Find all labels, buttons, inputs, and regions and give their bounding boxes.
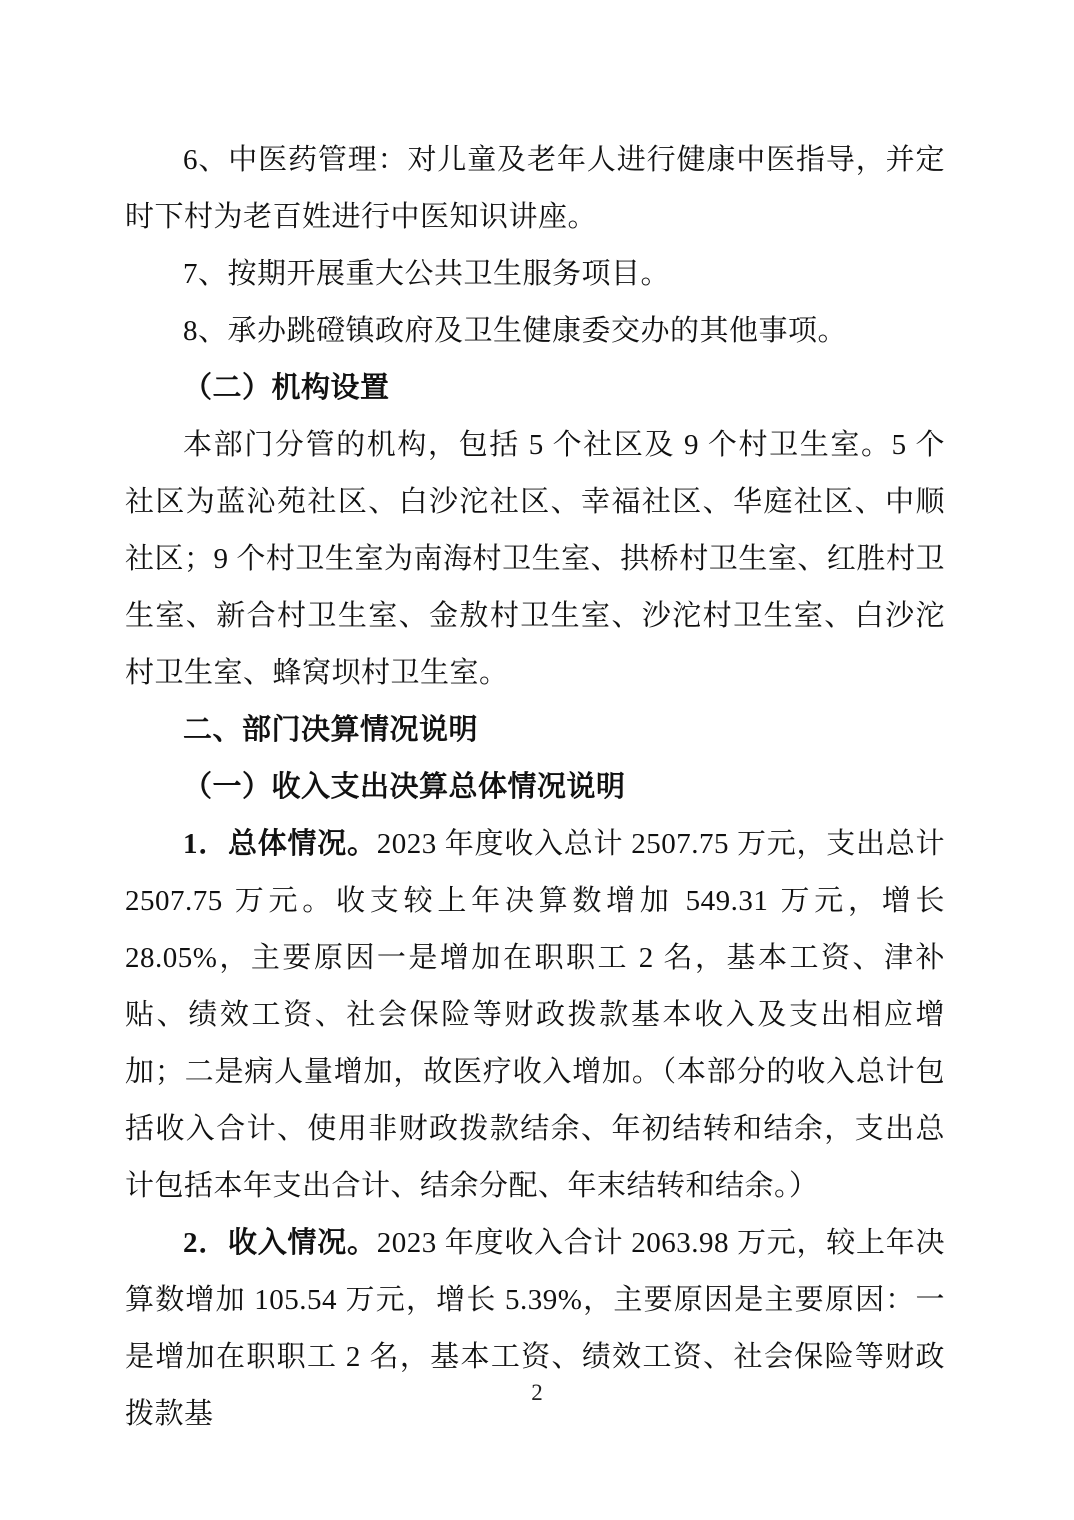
- paragraph-text: 二、部门决算情况说明: [183, 714, 478, 746]
- page-footer: 2: [0, 1378, 1074, 1408]
- paragraph-text: 7、按期开展重大公共卫生服务项目。: [183, 258, 670, 290]
- heading-part-2: 二、部门决算情况说明: [125, 702, 945, 759]
- paragraph-text: 8、承办跳磴镇政府及卫生健康委交办的其他事项。: [183, 315, 847, 347]
- paragraph-org-detail: 本部门分管的机构，包括 5 个社区及 9 个村卫生室。5 个社区为蓝沁苑社区、白…: [125, 417, 945, 702]
- paragraph-text: （二）机构设置: [183, 372, 390, 404]
- paragraph-text: 2023 年度收入总计 2507.75 万元，支出总计 2507.75 万元。收…: [125, 828, 945, 1202]
- document-page: 6、中医药管理：对儿童及老年人进行健康中医指导，并定时下村为老百姓进行中医知识讲…: [0, 0, 1074, 1520]
- paragraph-income: 2．收入情况。2023 年度收入合计 2063.98 万元，较上年决算数增加 1…: [125, 1215, 945, 1443]
- paragraph-text: （一）收入支出决算总体情况说明: [183, 771, 626, 803]
- paragraph-item-7: 7、按期开展重大公共卫生服务项目。: [125, 246, 945, 303]
- document-body: 6、中医药管理：对儿童及老年人进行健康中医指导，并定时下村为老百姓进行中医知识讲…: [125, 132, 945, 1443]
- paragraph-text: 本部门分管的机构，包括 5 个社区及 9 个村卫生室。5 个社区为蓝沁苑社区、白…: [125, 429, 945, 689]
- paragraph-item-8: 8、承办跳磴镇政府及卫生健康委交办的其他事项。: [125, 303, 945, 360]
- page-number: 2: [531, 1380, 543, 1405]
- paragraph-lead: 2．收入情况。: [183, 1227, 377, 1259]
- heading-section-1-overview: （一）收入支出决算总体情况说明: [125, 759, 945, 816]
- paragraph-text: 6、中医药管理：对儿童及老年人进行健康中医指导，并定时下村为老百姓进行中医知识讲…: [125, 144, 945, 233]
- heading-section-2-org: （二）机构设置: [125, 360, 945, 417]
- paragraph-overall: 1．总体情况。2023 年度收入总计 2507.75 万元，支出总计 2507.…: [125, 816, 945, 1215]
- paragraph-lead: 1．总体情况。: [183, 828, 377, 860]
- paragraph-item-6: 6、中医药管理：对儿童及老年人进行健康中医指导，并定时下村为老百姓进行中医知识讲…: [125, 132, 945, 246]
